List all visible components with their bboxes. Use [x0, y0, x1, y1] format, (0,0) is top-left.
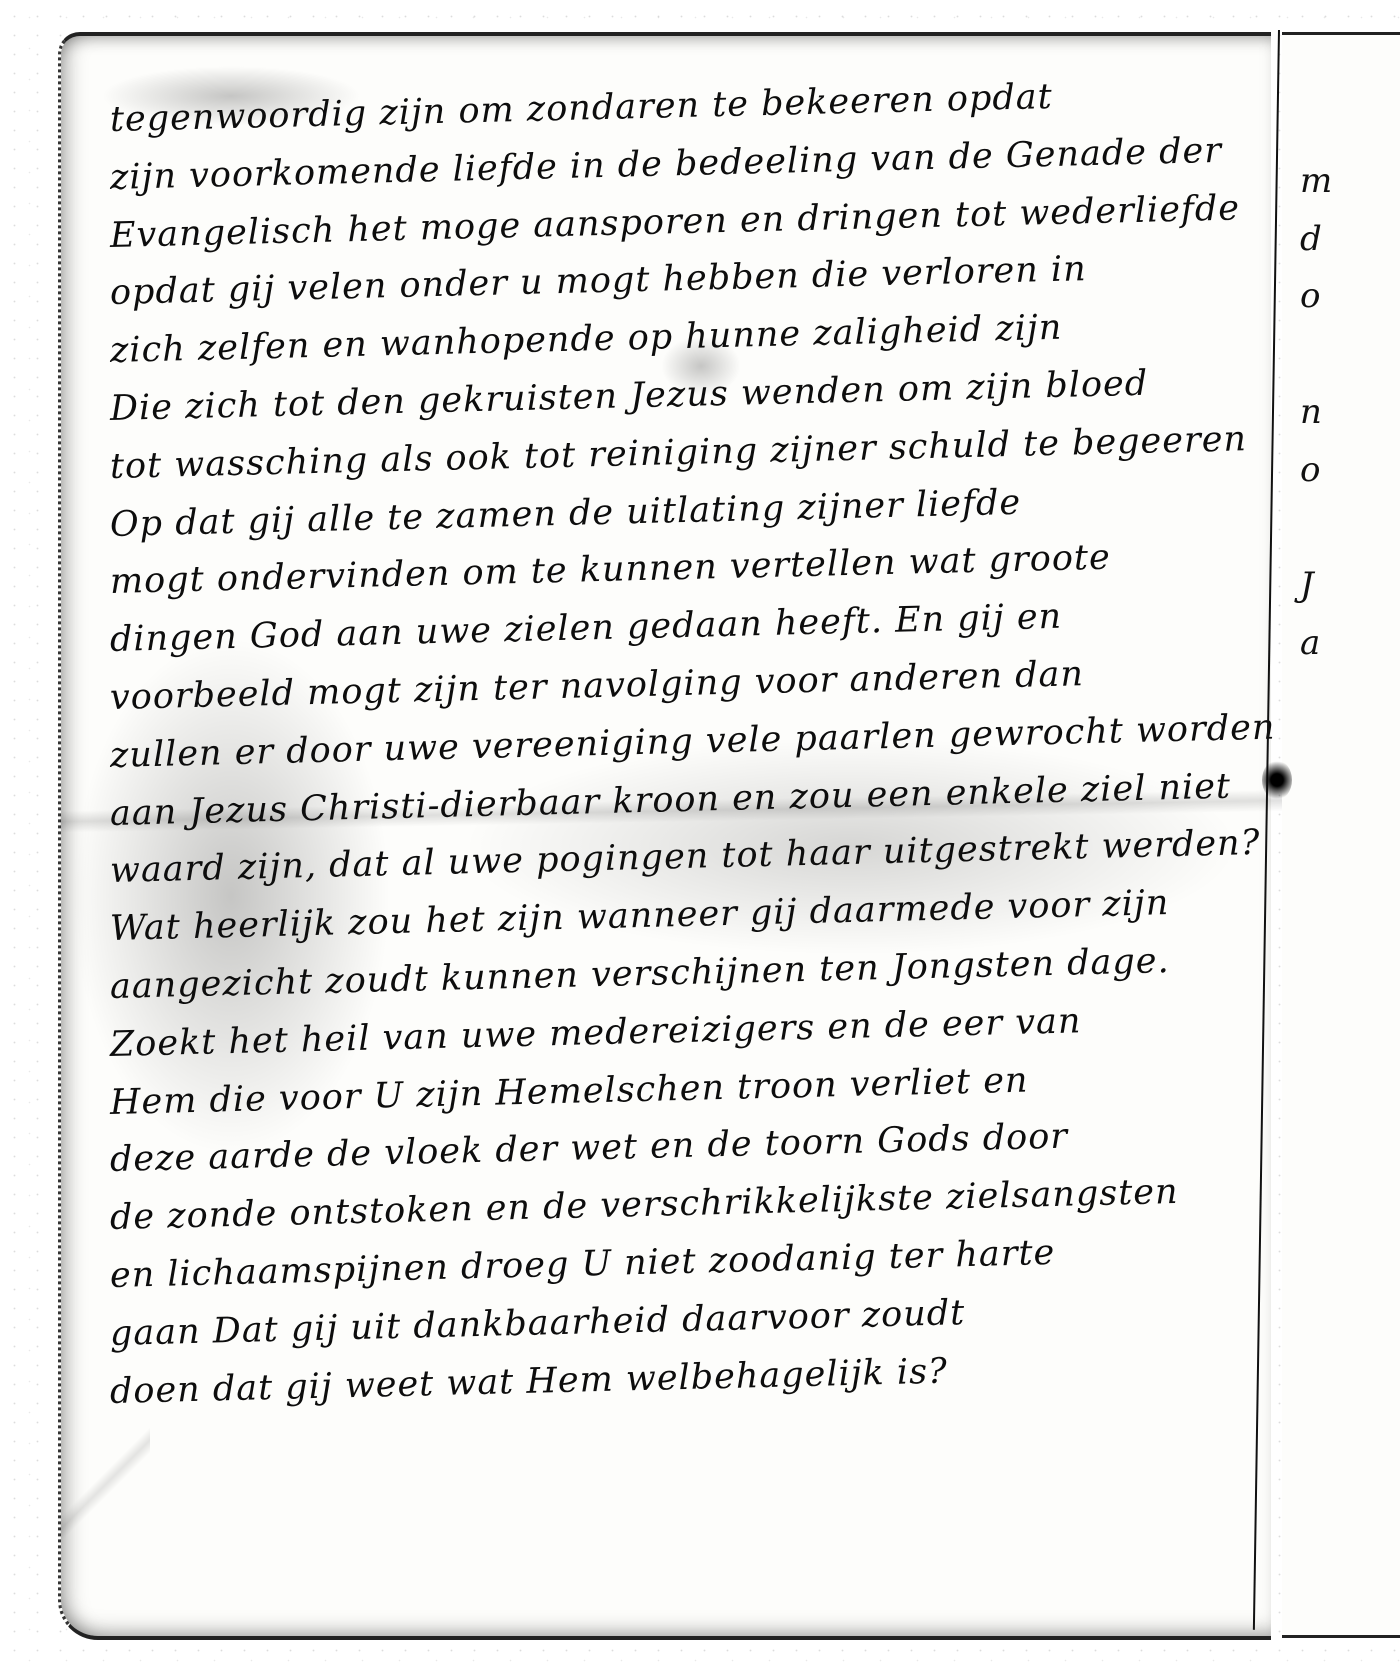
- fragment: [1300, 95, 1332, 153]
- fragment: n: [1300, 384, 1332, 442]
- fragment: [1300, 326, 1332, 384]
- handwritten-text-block: tegenwoordig zijn om zondaren te bekeere…: [110, 92, 1270, 1421]
- fragment: a: [1300, 615, 1332, 673]
- adjacent-page-text-fragments: m d o n o J a: [1300, 95, 1332, 673]
- fragment: o: [1300, 442, 1332, 500]
- fragment: J: [1300, 557, 1332, 615]
- fragment: d: [1300, 211, 1332, 269]
- ink-blot: [1262, 760, 1292, 800]
- fragment: [1300, 500, 1332, 558]
- fragment: o: [1300, 268, 1332, 326]
- adjacent-page-edge: m d o n o J a: [1282, 32, 1400, 1638]
- fragment: m: [1300, 153, 1332, 211]
